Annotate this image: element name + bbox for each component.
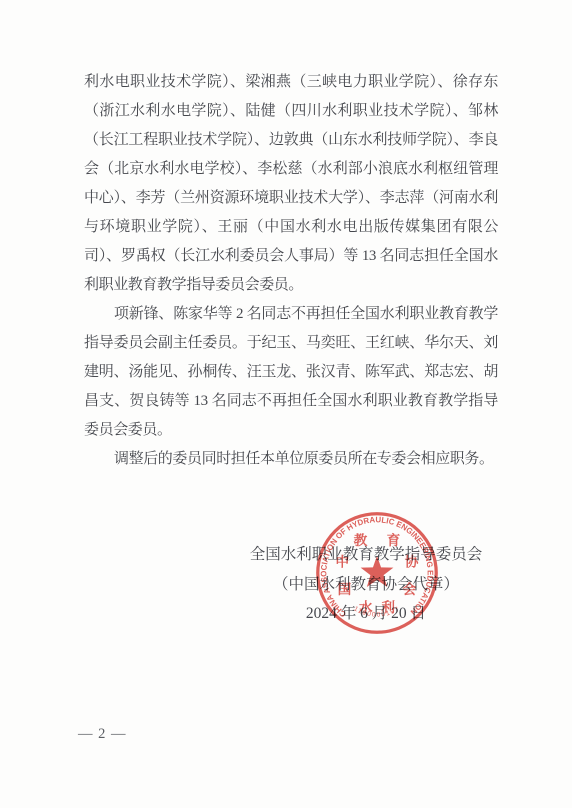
signature-on-behalf: （中国水利教育协会代章） — [226, 570, 506, 600]
paragraph-adjustment-note: 调整后的委员同时担任本单位原委员所在专委会相应职务。 — [84, 445, 498, 474]
document-body: 利水电职业技术学院）、梁湘燕（三峡电力职业学院）、徐存东（浙江水利水电学院）、陆… — [84, 68, 498, 474]
page-number: — 2 — — [78, 726, 127, 743]
signature-organization: 全国水利职业教育教学指导委员会 — [226, 540, 506, 570]
signature-date: 2024 年 6 月 20 日 — [226, 599, 506, 629]
signature-block: 全国水利职业教育教学指导委员会 （中国水利教育协会代章） 2024 年 6 月 … — [226, 540, 506, 629]
document-page: 利水电职业技术学院）、梁湘燕（三峡电力职业学院）、徐存东（浙江水利水电学院）、陆… — [0, 0, 572, 808]
paragraph-members-appointed: 利水电职业技术学院）、梁湘燕（三峡电力职业学院）、徐存东（浙江水利水电学院）、陆… — [84, 68, 498, 300]
paragraph-members-removed: 项新锋、陈家华等 2 名同志不再担任全国水利职业教育教学指导委员会副主任委员。于… — [84, 300, 498, 445]
